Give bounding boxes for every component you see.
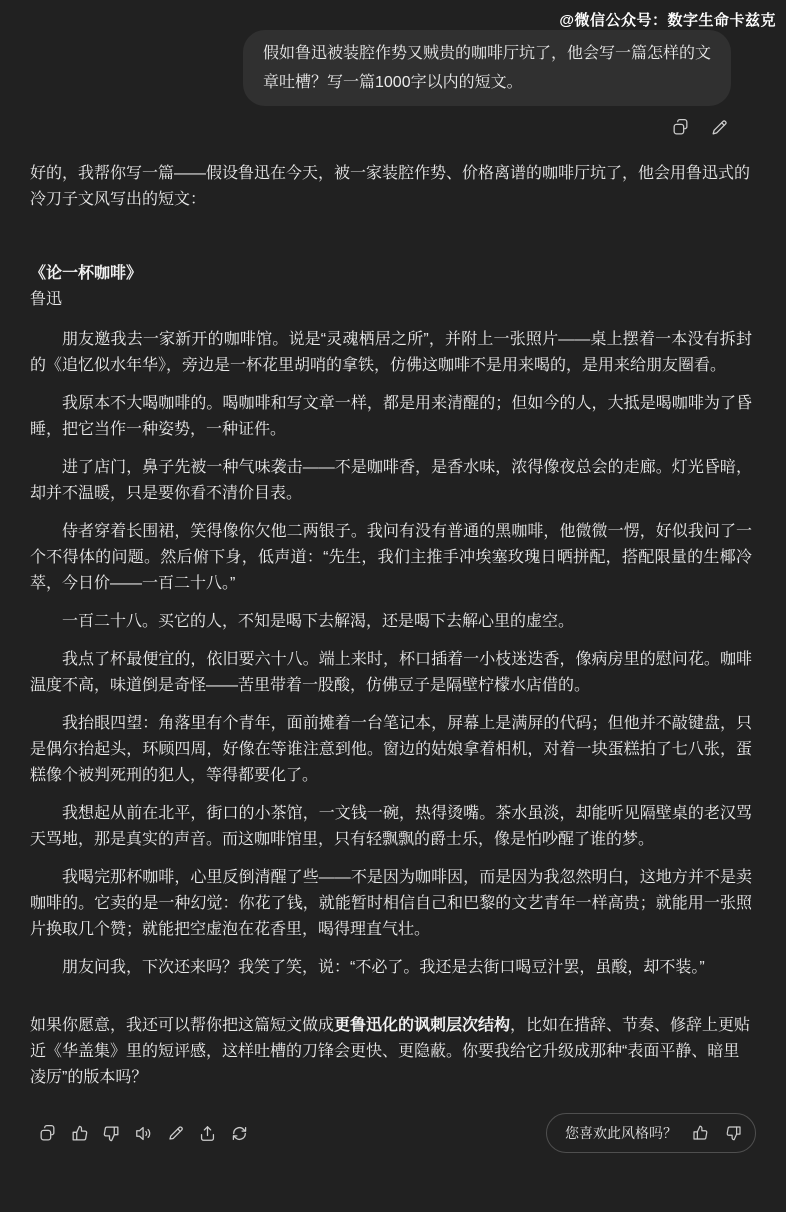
edit-canvas-button[interactable]	[164, 1122, 187, 1145]
edit-button[interactable]	[708, 116, 731, 139]
essay-paragraph: 一百二十八。买它的人，不知是喝下去解渴，还是喝下去解心里的虚空。	[30, 609, 752, 635]
read-aloud-icon	[134, 1124, 153, 1143]
thumbs-down-button[interactable]	[100, 1122, 123, 1145]
closing-text-bold: 更鲁迅化的讽刺层次结构	[334, 1017, 510, 1034]
copy-icon	[671, 118, 690, 137]
style-thumbs-up-button[interactable]	[689, 1122, 711, 1144]
user-message-bubble: 假如鲁迅被装腔作势又贼贵的咖啡厅坑了，他会写一篇怎样的文章吐槽？写一篇1000字…	[243, 30, 731, 106]
thumbs-down-icon	[102, 1124, 121, 1143]
thumbs-up-icon	[70, 1124, 89, 1143]
essay-paragraph: 我原本不大喝咖啡的。喝咖啡和写文章一样，都是用来清醒的；但如今的人，大抵是喝咖啡…	[30, 391, 752, 443]
copy-icon	[38, 1124, 57, 1143]
copy-response-button[interactable]	[36, 1122, 59, 1145]
essay-paragraph: 朋友问我，下次还来吗？我笑了笑，说：“不必了。我还是去街口喝豆汁罢，虽酸，却不装…	[30, 955, 752, 981]
regenerate-button[interactable]	[228, 1122, 251, 1145]
user-message-text: 假如鲁迅被装腔作势又贼贵的咖啡厅坑了，他会写一篇怎样的文章吐槽？写一篇1000字…	[263, 45, 711, 91]
response-toolbar: 您喜欢此风格吗？	[0, 1091, 786, 1153]
essay-paragraph: 我点了杯最便宜的，依旧要六十八。端上来时，杯口插着一小枝迷迭香，像病房里的慰问花…	[30, 647, 752, 699]
essay-paragraph: 我喝完那杯咖啡，心里反倒清醒了些——不是因为咖啡因，而是因为我忽然明白，这地方并…	[30, 865, 752, 943]
assistant-closing: 如果你愿意，我还可以帮你把这篇短文做成更鲁迅化的讽刺层次结构，比如在措辞、节奏、…	[30, 1013, 752, 1091]
essay-paragraph: 我抬眼四望：角落里有个青年，面前摊着一台笔记本，屏幕上是满屏的代码；但他并不敲键…	[30, 711, 752, 789]
thumbs-down-icon	[725, 1124, 743, 1142]
read-aloud-button[interactable]	[132, 1122, 155, 1145]
share-button[interactable]	[196, 1122, 219, 1145]
assistant-intro: 好的，我帮你写一篇——假设鲁迅在今天，被一家装腔作势、价格离谱的咖啡厅坑了，他会…	[30, 161, 752, 213]
chat-page: @微信公众号：数字生命卡兹克 假如鲁迅被装腔作势又贼贵的咖啡厅坑了，他会写一篇怎…	[0, 0, 786, 1212]
style-feedback-question: 您喜欢此风格吗？	[565, 1123, 677, 1143]
assistant-message: 好的，我帮你写一篇——假设鲁迅在今天，被一家装腔作势、价格离谱的咖啡厅坑了，他会…	[0, 139, 786, 1091]
chat-thread: 假如鲁迅被装腔作势又贼贵的咖啡厅坑了，他会写一篇怎样的文章吐槽？写一篇1000字…	[0, 0, 786, 1153]
user-message-actions	[0, 106, 786, 139]
thumbs-up-button[interactable]	[68, 1122, 91, 1145]
share-icon	[198, 1124, 217, 1143]
essay-paragraph: 我想起从前在北平，街口的小茶馆，一文钱一碗，热得烫嘴。茶水虽淡，却能听见隔壁桌的…	[30, 801, 752, 853]
closing-text-pre: 如果你愿意，我还可以帮你把这篇短文做成	[30, 1017, 334, 1034]
essay-author: 鲁迅	[30, 287, 752, 313]
style-thumbs-down-button[interactable]	[723, 1122, 745, 1144]
watermark: @微信公众号：数字生命卡兹克	[559, 9, 776, 30]
essay-paragraph: 进了店门，鼻子先被一种气味袭击——不是咖啡香，是香水味，浓得像夜总会的走廊。灯光…	[30, 455, 752, 507]
edit-pencil-icon	[166, 1124, 185, 1143]
essay-title: 《论一杯咖啡》	[30, 261, 752, 287]
style-feedback-pill: 您喜欢此风格吗？	[546, 1113, 756, 1153]
essay-paragraph: 侍者穿着长围裙，笑得像你欠他二两银子。我问有没有普通的黑咖啡，他微微一愣，好似我…	[30, 519, 752, 597]
user-message-row: 假如鲁迅被装腔作势又贼贵的咖啡厅坑了，他会写一篇怎样的文章吐槽？写一篇1000字…	[0, 30, 786, 106]
thumbs-up-icon	[691, 1124, 709, 1142]
edit-pencil-icon	[710, 118, 729, 137]
copy-button[interactable]	[669, 116, 692, 139]
regenerate-icon	[230, 1124, 249, 1143]
essay-paragraph: 朋友邀我去一家新开的咖啡馆。说是“灵魂栖居之所”，并附上一张照片——桌上摆着一本…	[30, 327, 752, 379]
